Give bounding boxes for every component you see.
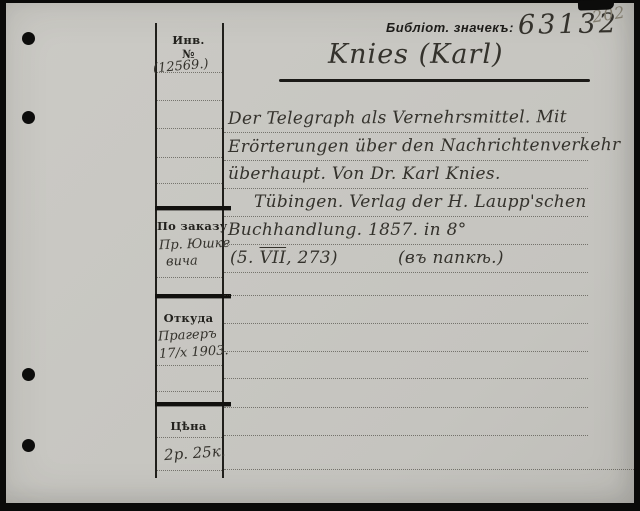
ruled-line: [157, 470, 222, 471]
price-label: Цѣна: [157, 419, 220, 433]
ruled-line: [157, 391, 222, 392]
ruled-line: [157, 157, 222, 158]
author-underline: [279, 79, 590, 82]
ruled-line: [224, 351, 588, 352]
ruled-line: [224, 469, 636, 470]
scan-edge-right: [634, 0, 640, 511]
scan-edge-left: [0, 0, 6, 511]
binding-note: (въ папкѣ.): [398, 248, 504, 268]
section-bar: [155, 402, 231, 406]
ordered-by-value-line1: Пр. Юшке: [159, 236, 231, 253]
ruled-line: [224, 435, 588, 436]
collation-close: , 273): [286, 248, 338, 268]
column-rule-left: [155, 23, 157, 478]
hole-punch: [22, 32, 35, 45]
origin-label: Откуда: [157, 311, 220, 325]
ruled-line: [224, 244, 588, 245]
section-bar: [155, 206, 231, 210]
origin-value-dealer: Прагеръ: [158, 326, 217, 344]
hole-punch: [22, 368, 35, 381]
collation-open: (5.: [230, 248, 254, 268]
catalog-card: Библіот. значекъ: 63132 202 Knies (Karl)…: [6, 3, 634, 504]
ruled-line: [224, 407, 588, 408]
ruled-line: [224, 188, 588, 189]
library-stamp-label: Библіот. значекъ:: [386, 20, 514, 35]
ruled-line: [224, 132, 588, 133]
ruled-line: [224, 160, 588, 161]
ruled-line: [157, 183, 222, 184]
origin-value-date: 17/x 1903.: [159, 343, 229, 362]
ruled-line: [224, 216, 588, 217]
ruled-line: [224, 295, 588, 296]
entry-imprint-line-2: Buchhandlung. 1857. in 8°: [228, 220, 467, 240]
ruled-line: [157, 437, 222, 438]
scan-edge-bottom: [0, 503, 640, 511]
ruled-line: [157, 365, 222, 366]
inventory-label-line1: Инв.: [157, 33, 220, 47]
hole-punch: [22, 111, 35, 124]
price-value: 2р. 25к.: [163, 442, 226, 464]
ruled-line: [157, 100, 222, 101]
scan-edge-top: [0, 0, 640, 3]
ruled-line: [224, 272, 588, 273]
entry-imprint-line-1: Tübingen. Verlag der H. Laupp'schen: [254, 192, 587, 212]
entry-title-line-3: überhaupt. Von Dr. Karl Knies.: [228, 164, 501, 184]
scanned-catalog-card-page: { "page": { "stamp_label": "Библіот. зна…: [0, 0, 640, 511]
ruled-line: [157, 128, 222, 129]
ruled-line: [224, 323, 588, 324]
ruled-line: [224, 378, 588, 379]
section-bar: [155, 294, 231, 298]
collation-roman-numeral: VII: [259, 248, 286, 268]
hole-punch: [22, 439, 35, 452]
entry-title-line-1: Der Telegraph als Vernehrsmittel. Mit: [228, 107, 567, 129]
author-heading: Knies (Karl): [328, 39, 504, 70]
entry-title-line-2: Erörterungen über den Nachrichtenverkehr: [228, 135, 621, 157]
collation-note: (5. VII, 273): [230, 248, 338, 268]
ruled-line: [157, 277, 222, 278]
ordered-by-label: По заказу: [157, 219, 220, 233]
scan-corner-artifact: [578, 0, 614, 11]
ordered-by-value-line2: вича: [166, 253, 198, 269]
